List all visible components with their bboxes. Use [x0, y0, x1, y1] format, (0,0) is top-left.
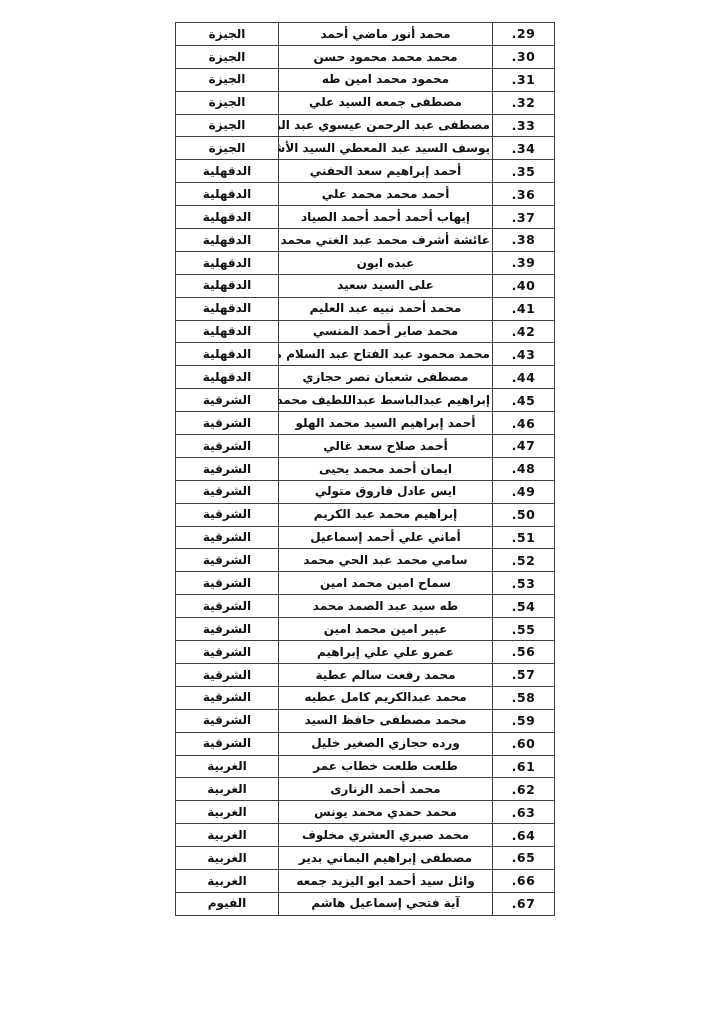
- person-name-cell: مصطفى جمعه السيد علي: [279, 91, 493, 114]
- table-row: 37. إيهاب أحمد أحمد أحمد الصياد الدقهلية: [176, 206, 555, 229]
- person-name-cell: سماح امين محمد امين: [279, 572, 493, 595]
- person-name-cell: وائل سيد أحمد ابو اليزيد جمعه: [279, 869, 493, 892]
- table-row: 58. محمد عبدالكريم كامل عطيه الشرقية: [176, 686, 555, 709]
- table-row: 55. عبير امين محمد امين الشرقية: [176, 618, 555, 641]
- serial-number-cell: 62.: [493, 778, 555, 801]
- governorate-cell: الشرقية: [176, 641, 279, 664]
- governorate-cell: الشرقية: [176, 595, 279, 618]
- governorate-cell: الجيزة: [176, 45, 279, 68]
- serial-number-cell: 59.: [493, 709, 555, 732]
- governorate-cell: الشرقية: [176, 457, 279, 480]
- serial-number-cell: 50.: [493, 503, 555, 526]
- governorate-cell: الدقهلية: [176, 320, 279, 343]
- table-row: 53. سماح امين محمد امين الشرقية: [176, 572, 555, 595]
- person-name-cell: ايمان أحمد محمد يحيى: [279, 457, 493, 480]
- governorate-cell: الدقهلية: [176, 251, 279, 274]
- table-row: 31. محمود محمد امين طه الجيزة: [176, 68, 555, 91]
- serial-number-cell: 32.: [493, 91, 555, 114]
- person-name-cell: إبراهيم محمد عبد الكريم: [279, 503, 493, 526]
- person-name-cell: محمد مصطفى حافظ السيد: [279, 709, 493, 732]
- person-name-cell: محمد حمدي محمد يونس: [279, 801, 493, 824]
- person-name-cell: آية فتحي إسماعيل هاشم: [279, 892, 493, 915]
- governorate-cell: الشرقية: [176, 435, 279, 458]
- serial-number-cell: 57.: [493, 663, 555, 686]
- person-name-cell: محمد محمود عبد الفتاح عبد السلام محمد: [279, 343, 493, 366]
- person-name-cell: يوسف السيد عبد المعطي السيد الأشعل: [279, 137, 493, 160]
- table-row: 30. محمد محمد محمود حسن الجيزة: [176, 45, 555, 68]
- table-row: 32. مصطفى جمعه السيد علي الجيزة: [176, 91, 555, 114]
- person-name-cell: إبراهيم عبدالباسط عبداللطيف محمد: [279, 389, 493, 412]
- governorate-cell: الشرقية: [176, 526, 279, 549]
- table-row: 64. محمد صبري العشري مخلوف الغربية: [176, 824, 555, 847]
- governorate-cell: الشرقية: [176, 480, 279, 503]
- table-row: 34. يوسف السيد عبد المعطي السيد الأشعل ا…: [176, 137, 555, 160]
- person-name-cell: أماني علي أحمد إسماعيل: [279, 526, 493, 549]
- table-row: 44. مصطفى شعبان نصر حجازي الدقهلية: [176, 366, 555, 389]
- person-name-cell: سامي محمد عبد الحي محمد: [279, 549, 493, 572]
- table-row: 66. وائل سيد أحمد ابو اليزيد جمعه الغربي…: [176, 869, 555, 892]
- table-row: 54. طه سيد عبد الصمد محمد الشرقية: [176, 595, 555, 618]
- person-name-cell: عمرو علي علي إبراهيم: [279, 641, 493, 664]
- person-name-cell: طه سيد عبد الصمد محمد: [279, 595, 493, 618]
- governorate-cell: الشرقية: [176, 686, 279, 709]
- person-name-cell: إيهاب أحمد أحمد أحمد الصياد: [279, 206, 493, 229]
- roster-table: 29. محمد أنور ماضي أحمد الجيزة 30. محمد …: [175, 22, 555, 916]
- table-row: 38. عائشة أشرف محمد عبد الغني محمد الدقه…: [176, 229, 555, 252]
- governorate-cell: الشرقية: [176, 503, 279, 526]
- serial-number-cell: 41.: [493, 297, 555, 320]
- governorate-cell: الدقهلية: [176, 297, 279, 320]
- serial-number-cell: 36.: [493, 183, 555, 206]
- person-name-cell: طلعت طلعت خطاب عمر: [279, 755, 493, 778]
- serial-number-cell: 47.: [493, 435, 555, 458]
- serial-number-cell: 64.: [493, 824, 555, 847]
- table-row: 48. ايمان أحمد محمد يحيى الشرقية: [176, 457, 555, 480]
- table-row: 65. مصطفى إبراهيم اليماني بدير الغربية: [176, 847, 555, 870]
- serial-number-cell: 33.: [493, 114, 555, 137]
- governorate-cell: الشرقية: [176, 709, 279, 732]
- person-name-cell: ايس عادل فاروق متولي: [279, 480, 493, 503]
- table-row: 33. مصطفى عبد الرحمن عيسوي عبد الرحمن ال…: [176, 114, 555, 137]
- table-row: 46. أحمد إبراهيم السيد محمد الهلو الشرقي…: [176, 412, 555, 435]
- governorate-cell: الشرقية: [176, 389, 279, 412]
- serial-number-cell: 55.: [493, 618, 555, 641]
- governorate-cell: الشرقية: [176, 572, 279, 595]
- person-name-cell: أحمد إبراهيم السيد محمد الهلو: [279, 412, 493, 435]
- table-row: 45. إبراهيم عبدالباسط عبداللطيف محمد الش…: [176, 389, 555, 412]
- table-row: 60. ورده حجازي الصغير خليل الشرقية: [176, 732, 555, 755]
- table-row: 35. أحمد إبراهيم سعد الحفني الدقهلية: [176, 160, 555, 183]
- person-name-cell: ورده حجازي الصغير خليل: [279, 732, 493, 755]
- governorate-cell: الغربية: [176, 869, 279, 892]
- governorate-cell: الجيزة: [176, 23, 279, 46]
- serial-number-cell: 48.: [493, 457, 555, 480]
- serial-number-cell: 30.: [493, 45, 555, 68]
- governorate-cell: الجيزة: [176, 91, 279, 114]
- table-row: 43. محمد محمود عبد الفتاح عبد السلام محم…: [176, 343, 555, 366]
- table-row: 56. عمرو علي علي إبراهيم الشرقية: [176, 641, 555, 664]
- table-row: 59. محمد مصطفى حافظ السيد الشرقية: [176, 709, 555, 732]
- table-row: 50. إبراهيم محمد عبد الكريم الشرقية: [176, 503, 555, 526]
- governorate-cell: الشرقية: [176, 618, 279, 641]
- governorate-cell: الشرقية: [176, 412, 279, 435]
- governorate-cell: الدقهلية: [176, 229, 279, 252]
- serial-number-cell: 49.: [493, 480, 555, 503]
- governorate-cell: الدقهلية: [176, 274, 279, 297]
- governorate-cell: الغربية: [176, 824, 279, 847]
- table-row: 67. آية فتحي إسماعيل هاشم الفيوم: [176, 892, 555, 915]
- table-row: 51. أماني علي أحمد إسماعيل الشرقية: [176, 526, 555, 549]
- serial-number-cell: 34.: [493, 137, 555, 160]
- serial-number-cell: 60.: [493, 732, 555, 755]
- table-row: 47. أحمد صلاح سعد غالي الشرقية: [176, 435, 555, 458]
- serial-number-cell: 46.: [493, 412, 555, 435]
- table-row: 52. سامي محمد عبد الحي محمد الشرقية: [176, 549, 555, 572]
- table-row: 36. أحمد محمد محمد علي الدقهلية: [176, 183, 555, 206]
- governorate-cell: الغربية: [176, 847, 279, 870]
- table-row: 62. محمد أحمد الزنارى الغربية: [176, 778, 555, 801]
- person-name-cell: محمد رفعت سالم عطية: [279, 663, 493, 686]
- table-row: 40. على السيد سعيد الدقهلية: [176, 274, 555, 297]
- serial-number-cell: 35.: [493, 160, 555, 183]
- serial-number-cell: 29.: [493, 23, 555, 46]
- serial-number-cell: 38.: [493, 229, 555, 252]
- person-name-cell: عبده ايون: [279, 251, 493, 274]
- governorate-cell: الغربية: [176, 778, 279, 801]
- serial-number-cell: 51.: [493, 526, 555, 549]
- governorate-cell: الجيزة: [176, 68, 279, 91]
- table-row: 49. ايس عادل فاروق متولي الشرقية: [176, 480, 555, 503]
- serial-number-cell: 40.: [493, 274, 555, 297]
- table-row: 41. محمد أحمد نبيه عبد العليم الدقهلية: [176, 297, 555, 320]
- governorate-cell: الشرقية: [176, 663, 279, 686]
- governorate-cell: الشرقية: [176, 549, 279, 572]
- roster-table-body: 29. محمد أنور ماضي أحمد الجيزة 30. محمد …: [176, 23, 555, 916]
- person-name-cell: عبير امين محمد امين: [279, 618, 493, 641]
- governorate-cell: الدقهلية: [176, 183, 279, 206]
- person-name-cell: محمد صابر أحمد المنسي: [279, 320, 493, 343]
- governorate-cell: الجيزة: [176, 114, 279, 137]
- person-name-cell: محمد أحمد نبيه عبد العليم: [279, 297, 493, 320]
- document-page: 29. محمد أنور ماضي أحمد الجيزة 30. محمد …: [0, 0, 720, 1018]
- person-name-cell: محمد أنور ماضي أحمد: [279, 23, 493, 46]
- serial-number-cell: 58.: [493, 686, 555, 709]
- governorate-cell: الفيوم: [176, 892, 279, 915]
- person-name-cell: محمد صبري العشري مخلوف: [279, 824, 493, 847]
- serial-number-cell: 43.: [493, 343, 555, 366]
- governorate-cell: الجيزة: [176, 137, 279, 160]
- serial-number-cell: 52.: [493, 549, 555, 572]
- table-row: 29. محمد أنور ماضي أحمد الجيزة: [176, 23, 555, 46]
- serial-number-cell: 39.: [493, 251, 555, 274]
- person-name-cell: محمد محمد محمود حسن: [279, 45, 493, 68]
- serial-number-cell: 66.: [493, 869, 555, 892]
- governorate-cell: الدقهلية: [176, 343, 279, 366]
- serial-number-cell: 65.: [493, 847, 555, 870]
- serial-number-cell: 45.: [493, 389, 555, 412]
- person-name-cell: محمد أحمد الزنارى: [279, 778, 493, 801]
- serial-number-cell: 42.: [493, 320, 555, 343]
- serial-number-cell: 44.: [493, 366, 555, 389]
- governorate-cell: الغربية: [176, 755, 279, 778]
- person-name-cell: مصطفى إبراهيم اليماني بدير: [279, 847, 493, 870]
- table-row: 57. محمد رفعت سالم عطية الشرقية: [176, 663, 555, 686]
- person-name-cell: مصطفى شعبان نصر حجازي: [279, 366, 493, 389]
- governorate-cell: الدقهلية: [176, 160, 279, 183]
- person-name-cell: على السيد سعيد: [279, 274, 493, 297]
- serial-number-cell: 31.: [493, 68, 555, 91]
- serial-number-cell: 53.: [493, 572, 555, 595]
- person-name-cell: عائشة أشرف محمد عبد الغني محمد: [279, 229, 493, 252]
- serial-number-cell: 63.: [493, 801, 555, 824]
- person-name-cell: أحمد صلاح سعد غالي: [279, 435, 493, 458]
- governorate-cell: الدقهلية: [176, 366, 279, 389]
- serial-number-cell: 56.: [493, 641, 555, 664]
- person-name-cell: محمود محمد امين طه: [279, 68, 493, 91]
- serial-number-cell: 67.: [493, 892, 555, 915]
- governorate-cell: الدقهلية: [176, 206, 279, 229]
- table-row: 39. عبده ايون الدقهلية: [176, 251, 555, 274]
- person-name-cell: محمد عبدالكريم كامل عطيه: [279, 686, 493, 709]
- serial-number-cell: 61.: [493, 755, 555, 778]
- person-name-cell: أحمد محمد محمد علي: [279, 183, 493, 206]
- governorate-cell: الشرقية: [176, 732, 279, 755]
- person-name-cell: أحمد إبراهيم سعد الحفني: [279, 160, 493, 183]
- table-row: 63. محمد حمدي محمد يونس الغربية: [176, 801, 555, 824]
- serial-number-cell: 54.: [493, 595, 555, 618]
- serial-number-cell: 37.: [493, 206, 555, 229]
- person-name-cell: مصطفى عبد الرحمن عيسوي عبد الرحمن: [279, 114, 493, 137]
- table-row: 61. طلعت طلعت خطاب عمر الغربية: [176, 755, 555, 778]
- table-row: 42. محمد صابر أحمد المنسي الدقهلية: [176, 320, 555, 343]
- governorate-cell: الغربية: [176, 801, 279, 824]
